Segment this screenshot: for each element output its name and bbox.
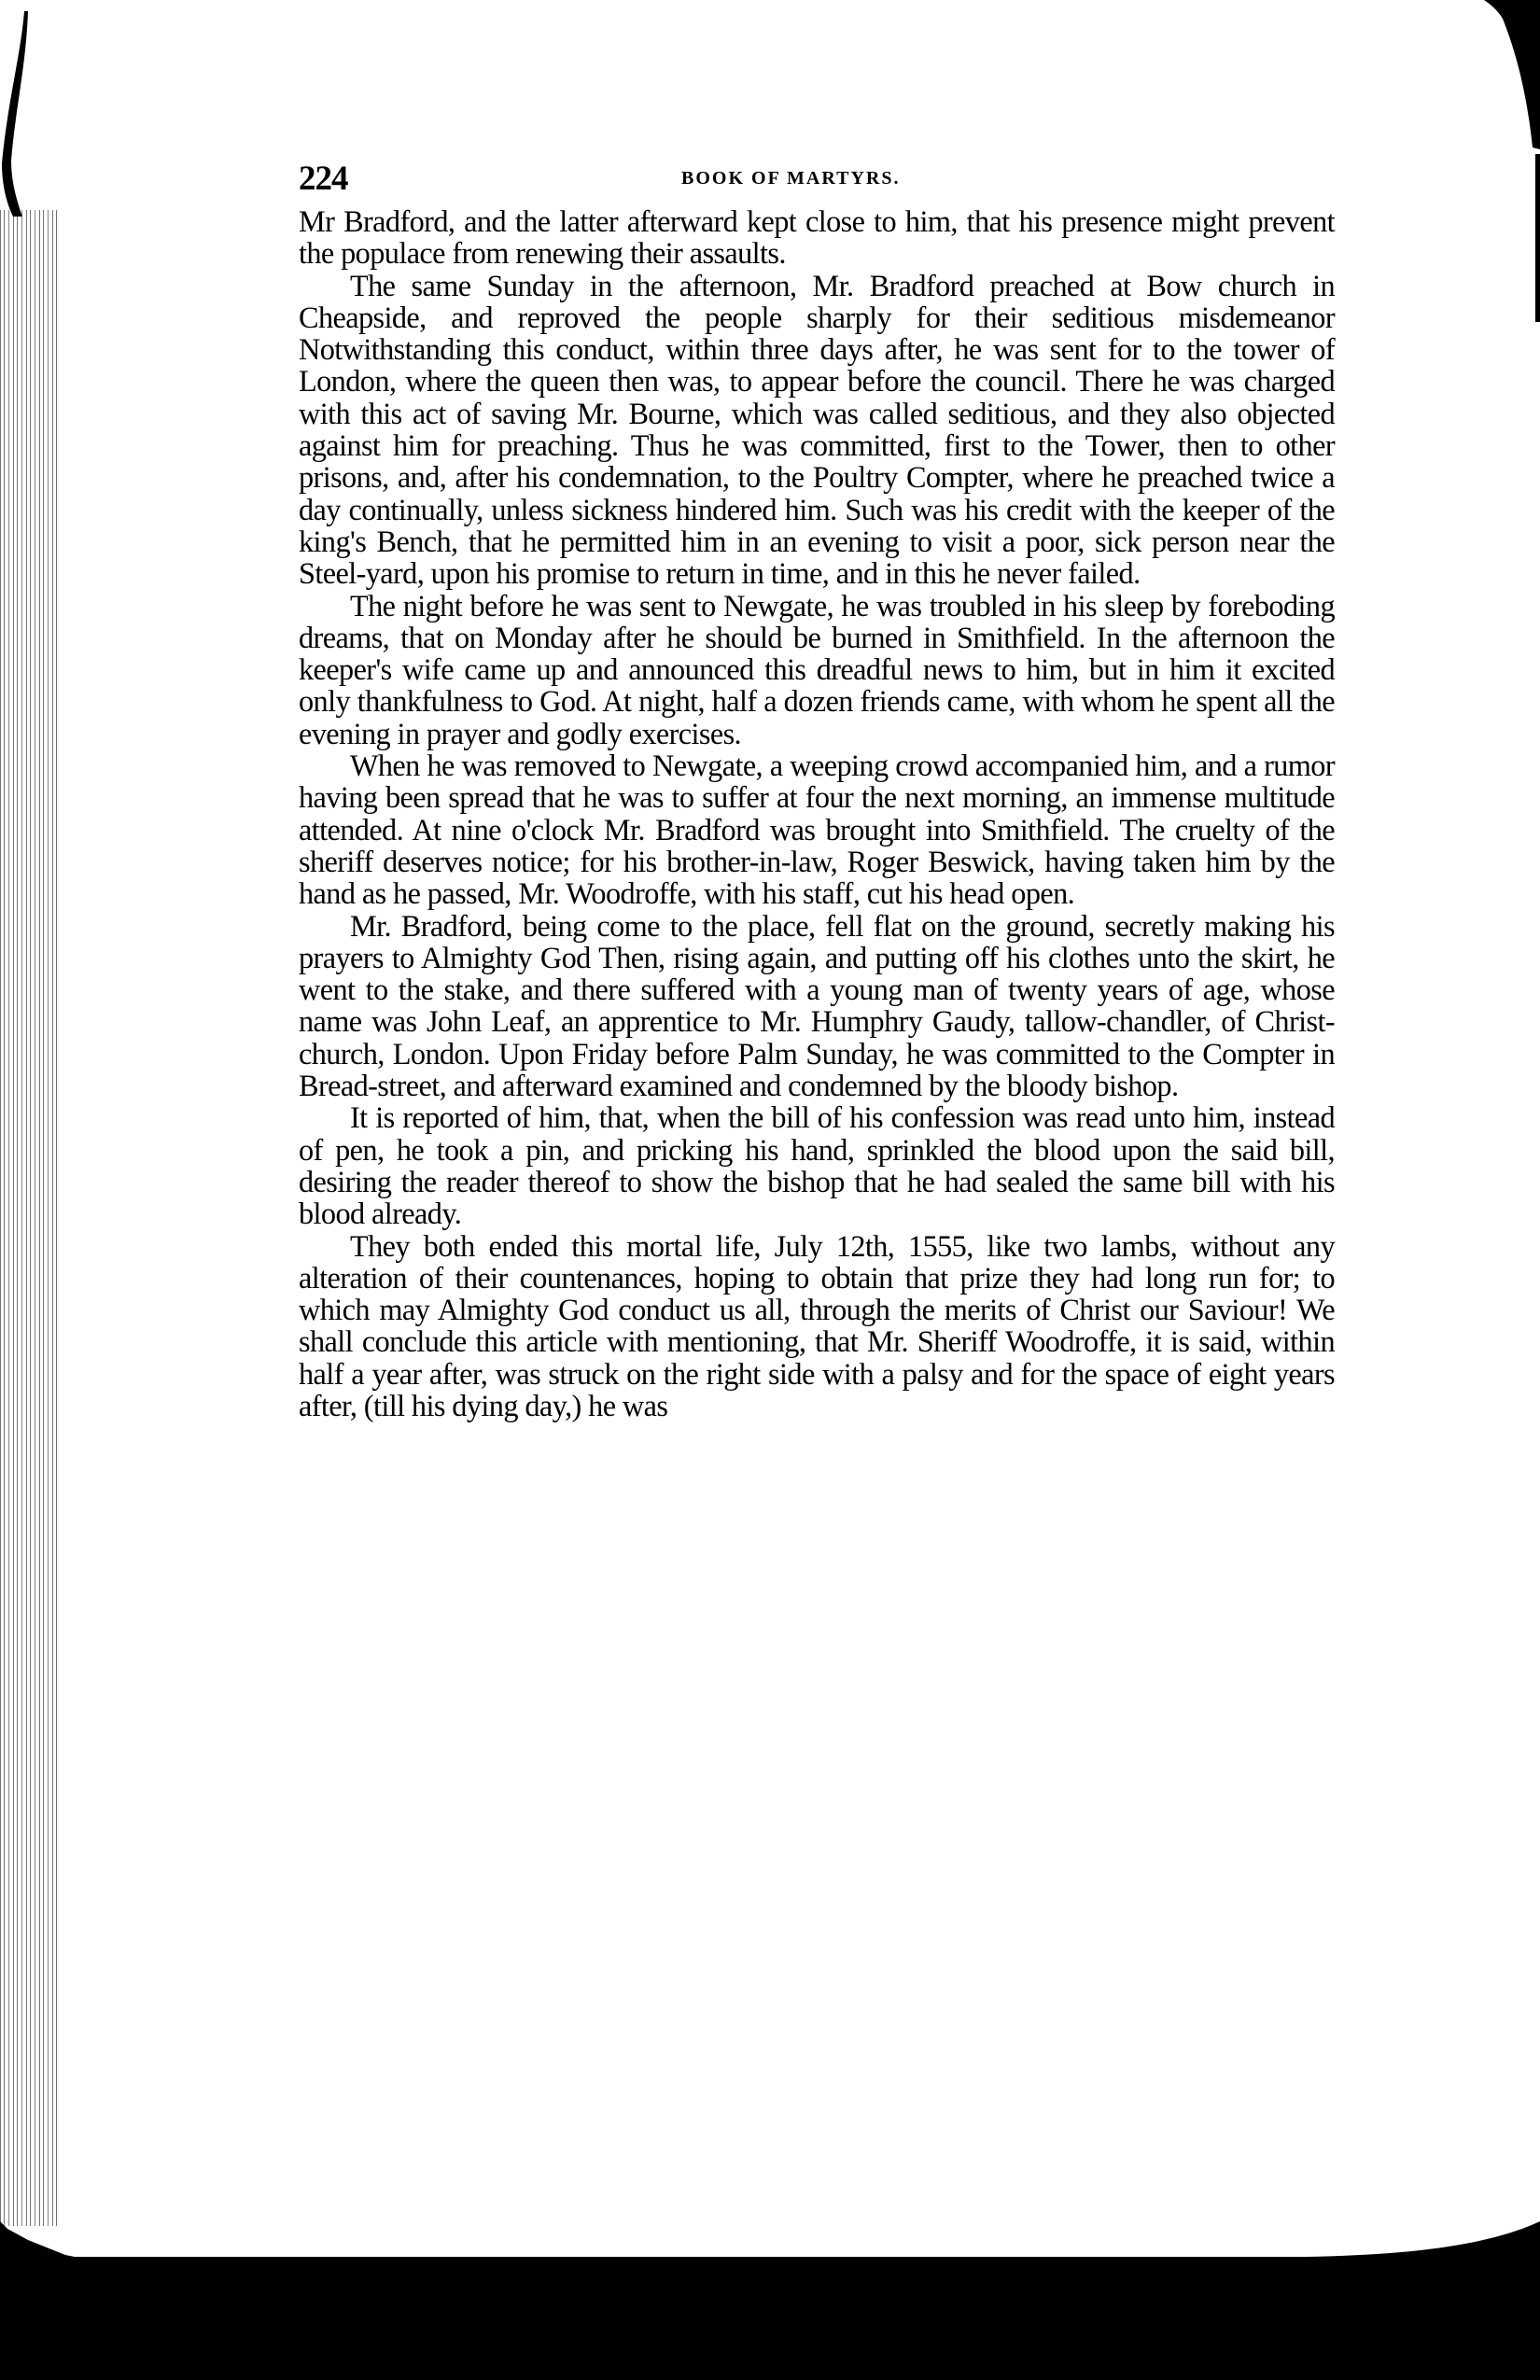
page-number: 224 bbox=[299, 159, 348, 199]
binding-edge bbox=[0, 210, 58, 2226]
running-title: BOOK OF MARTYRS. bbox=[681, 168, 900, 189]
paragraph: When he was removed to Newgate, a weepin… bbox=[299, 749, 1335, 909]
page-edge-shadow bbox=[1484, 0, 1540, 336]
paragraph: Mr Bradford, and the latter afterward ke… bbox=[299, 205, 1335, 270]
page-edge-line bbox=[1535, 154, 1540, 322]
binding-shadow bbox=[0, 0, 37, 224]
paragraph: The night before he was sent to Newgate,… bbox=[299, 590, 1335, 749]
bottom-shadow bbox=[0, 2221, 1540, 2380]
running-head: 224 BOOK OF MARTYRS. bbox=[299, 159, 1335, 205]
page: 224 BOOK OF MARTYRS. Mr Bradford, and th… bbox=[299, 159, 1335, 1421]
paragraph: It is reported of him, that, when the bi… bbox=[299, 1101, 1335, 1229]
paragraph: They both ended this mortal life, July 1… bbox=[299, 1230, 1335, 1422]
paragraph: Mr. Bradford, being come to the place, f… bbox=[299, 910, 1335, 1102]
body-text: Mr Bradford, and the latter afterward ke… bbox=[299, 205, 1335, 1421]
paragraph: The same Sunday in the afternoon, Mr. Br… bbox=[299, 270, 1335, 590]
